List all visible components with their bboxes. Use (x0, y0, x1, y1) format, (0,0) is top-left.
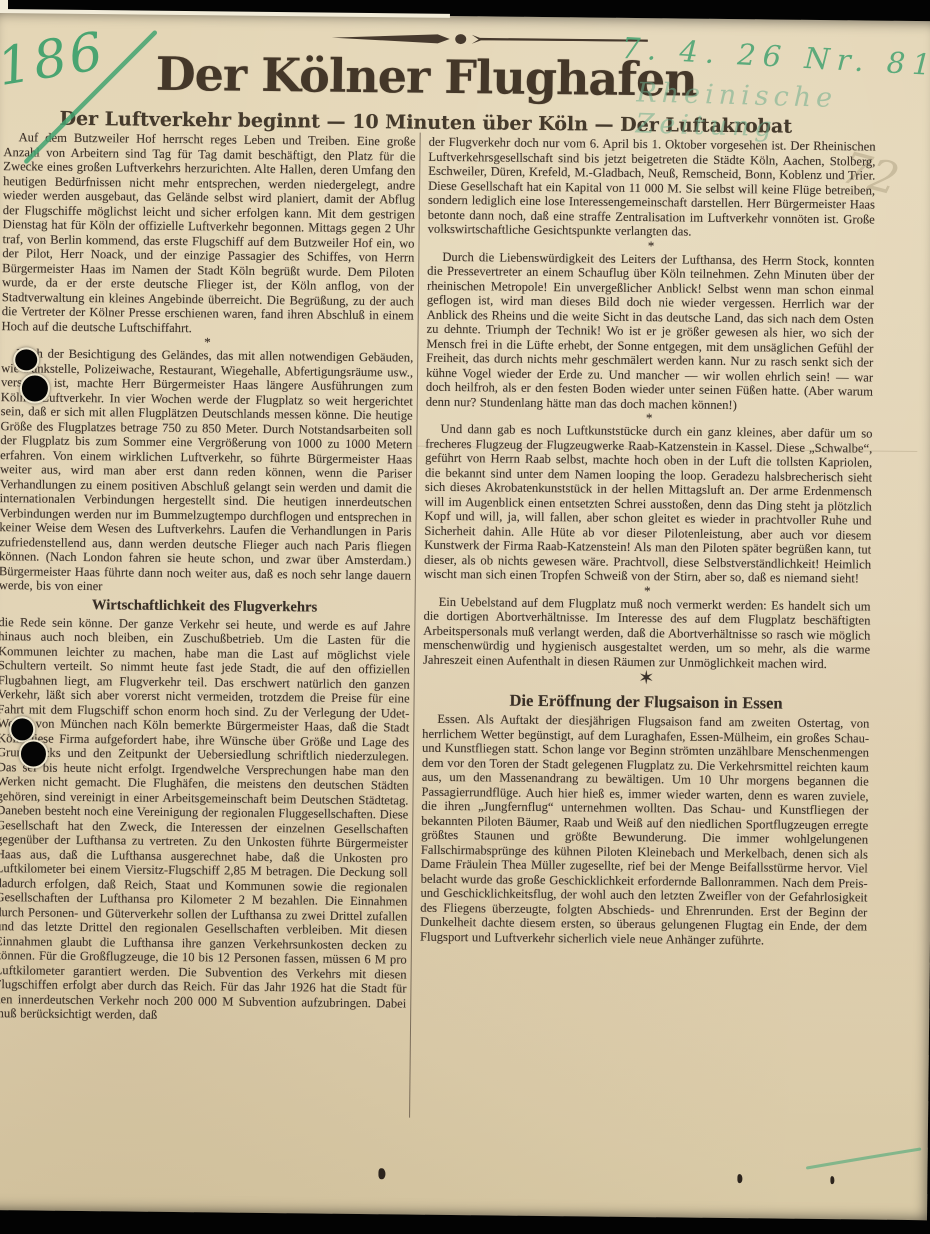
section-heading: Die Eröffnung der Flugsaison in Essen (422, 690, 869, 714)
left-column: Auf dem Butzweiler Hof herrscht reges Le… (0, 130, 416, 1025)
punch-hole (20, 373, 50, 403)
article-paragraph: Ein Uebelstand auf dem Flugplatz muß noc… (423, 594, 871, 671)
right-column: der Flugverkehr doch nur vom 6. April bi… (420, 135, 876, 949)
punch-hole (13, 347, 39, 372)
newspaper-sheet: Der Kölner Flughafen Der Luftverkehr beg… (0, 11, 930, 1220)
punch-hole (19, 739, 48, 768)
scanned-newspaper-page: { "annotations": { "archive_number": "18… (0, 0, 930, 1234)
article-paragraph: Nach der Besichtigung des Geländes, das … (0, 346, 413, 597)
article-paragraph: Essen. Als Auftakt der diesjährigen Flug… (420, 712, 869, 949)
article-paragraph: Durch die Liebenswürdigkeit des Leiters … (426, 249, 875, 413)
article-paragraph: Auf dem Butzweiler Hof herrscht reges Le… (2, 130, 416, 337)
section-heading: Wirtschaftlichkeit des Flugverkehrs (0, 596, 411, 617)
article-paragraph: der Flugverkehr doch nur vom 6. April bi… (428, 135, 876, 241)
page-edge-sliver (0, 0, 8, 13)
article-paragraph: die Rede sein könne. Der ganze Verkehr s… (0, 615, 410, 1025)
ink-speck (378, 1168, 385, 1179)
ink-speck (737, 1174, 742, 1183)
ink-speck (830, 1176, 834, 1184)
